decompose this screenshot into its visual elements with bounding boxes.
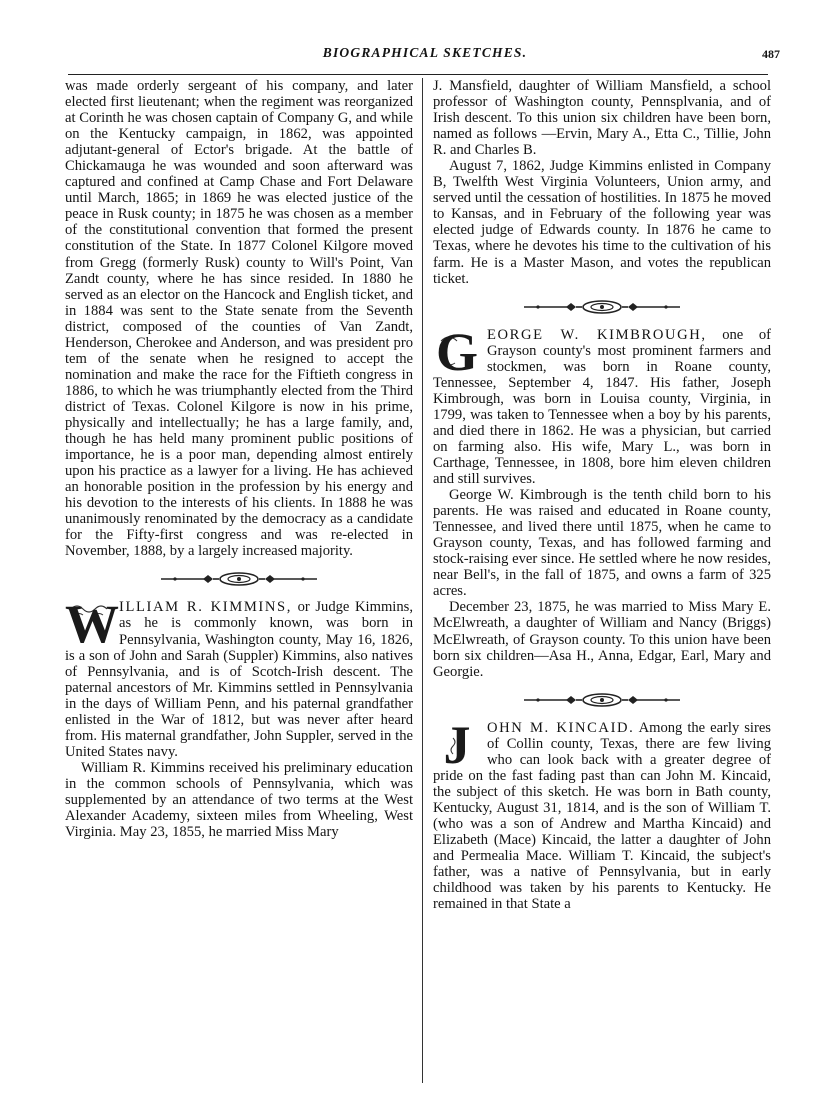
subject-name: EORGE W. KIMBROUGH, bbox=[487, 327, 707, 343]
right-column: J. Mansfield, daughter of William Mansfi… bbox=[433, 78, 771, 912]
page-number: 487 bbox=[762, 47, 780, 62]
dropcap-w: W bbox=[65, 601, 113, 647]
kilgore-continued-paragraph: was made orderly sergeant of his company… bbox=[65, 78, 413, 559]
sketch-kimmins: W ILLIAM R. KIMMINS, or Judge Kimmins, a… bbox=[65, 599, 413, 840]
ornamental-rule-icon bbox=[433, 693, 771, 707]
kimbrough-paragraph-2: George W. Kimbrough is the tenth child b… bbox=[433, 487, 771, 599]
kimmins-paragraph-3: August 7, 1862, Judge Kimmins enlisted i… bbox=[433, 158, 771, 286]
kimmins-paragraph-2: William R. Kimmins received his prelimin… bbox=[65, 760, 413, 840]
ornamental-rule-icon bbox=[433, 300, 771, 314]
left-column: was made orderly sergeant of his company… bbox=[65, 78, 413, 840]
running-title: BIOGRAPHICAL SKETCHES. bbox=[230, 45, 620, 61]
book-page: BIOGRAPHICAL SKETCHES. 487 was made orde… bbox=[0, 0, 815, 1100]
sketch-kincaid: J OHN M. KINCAID. Among the early sires … bbox=[433, 720, 771, 913]
dropcap-g: G bbox=[433, 329, 481, 375]
ornamental-rule-icon bbox=[65, 572, 413, 586]
header-rule bbox=[68, 74, 768, 75]
column-divider bbox=[422, 78, 423, 1083]
subject-name: OHN M. KINCAID. bbox=[487, 720, 634, 736]
kimbrough-paragraph-3: December 23, 1875, he was married to Mis… bbox=[433, 599, 771, 679]
subject-name: ILLIAM R. KIMMINS, bbox=[119, 599, 292, 615]
kimmins-continued-paragraph: J. Mansfield, daughter of William Mansfi… bbox=[433, 78, 771, 158]
sketch-kimbrough: G EORGE W. KIMBROUGH, one of Grayson cou… bbox=[433, 327, 771, 680]
dropcap-j: J bbox=[433, 722, 481, 768]
running-head: BIOGRAPHICAL SKETCHES. 487 bbox=[0, 45, 815, 65]
